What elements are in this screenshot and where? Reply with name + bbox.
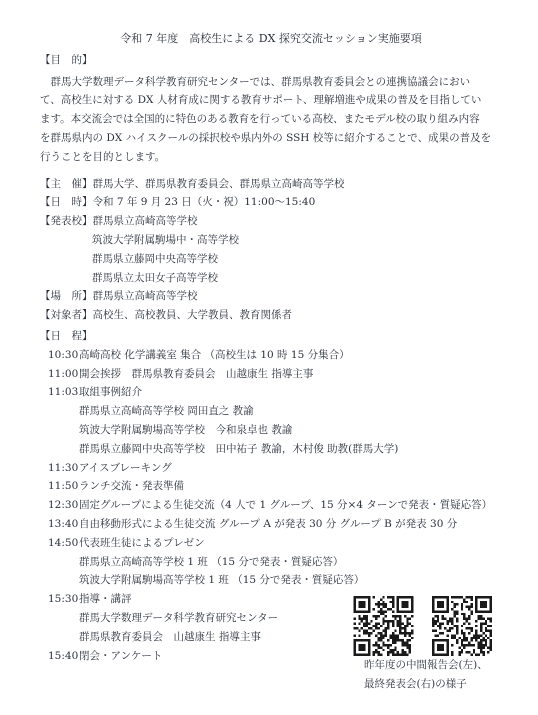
info-item: 【発表校】群馬県立高崎高等学校 筑波大学附属駒場中・高等学校群馬県立藤岡中央高等… xyxy=(40,212,502,287)
schedule-time: 14:50 xyxy=(48,534,79,553)
schedule-subline: 群馬県立高崎高等学校 1 班 （15 分で発表・質疑応答） xyxy=(79,553,502,572)
schedule-activity: アイスブレーキング xyxy=(79,462,172,474)
info-item: 【場 所】群馬県立高崎高等学校 xyxy=(40,287,502,306)
schedule-item: 11:30アイスブレーキング xyxy=(40,459,502,478)
info-row: 【日 時】令和 7 年 9 月 23 日（火・祝）11:00～15:40 xyxy=(40,193,502,212)
schedule-activity: ランチ交流・発表準備 xyxy=(79,480,184,492)
schedule-subline: 筑波大学附属駒場高等学校 1 班 （15 分で発表・質疑応答） xyxy=(79,571,502,590)
qr-caption: 昨年度の中間報告会(左)、 最終発表会(右)の様子 xyxy=(364,656,488,694)
info-text: 高校生、高校教員、大学教員、教育関係者 xyxy=(93,309,293,321)
schedule-activity: 固定グループによる生徒交流（4 人で 1 グループ、15 分×4 ターンで発表・… xyxy=(79,499,492,511)
schedule-heading: 【日 程】 xyxy=(40,327,502,346)
paragraph-line: を群馬県内の DX ハイスクールの採択校や県内外の SSH 校等に紹介することで… xyxy=(40,129,502,148)
schedule-time: 10:30 xyxy=(48,346,79,365)
schedule-time: 11:50 xyxy=(48,477,79,496)
paragraph-line: 群馬大学数理データ科学教育研究センターでは、群馬県教育委員会との連携協議会におい xyxy=(40,73,502,92)
info-text: 群馬県立高崎高等学校 xyxy=(93,215,198,227)
schedule-row: 13:40自由移動形式による生徒交流 グループ A が発表 30 分 グループ … xyxy=(48,515,502,534)
schedule-activity: 閉会・アンケート xyxy=(79,650,162,662)
schedule-time: 11:30 xyxy=(48,459,79,478)
schedule-subline: 群馬県立藤岡中央高等学校 田中祐子 教諭，木村俊 助教(群馬大学) xyxy=(79,440,502,459)
paragraph-line: て、高校生に対する DX 人材育成に関する教育サポート、理解増進や成果の普及を目… xyxy=(40,91,502,110)
info-row: 【場 所】群馬県立高崎高等学校 xyxy=(40,287,502,306)
purpose-heading: 【目 的】 xyxy=(40,51,502,70)
info-item: 【日 時】令和 7 年 9 月 23 日（火・祝）11:00～15:40 xyxy=(40,193,502,212)
paragraph-line: ます。本交流会では全国的に特色のある教育を行っている高校、またモデル校の取り組み… xyxy=(40,110,502,129)
schedule-activity: 指導・講評 xyxy=(79,593,132,605)
schedule-item: 14:50代表班生徒によるプレゼン 群馬県立高崎高等学校 1 班 （15 分で発… xyxy=(40,534,502,590)
schedule-item: 11:50ランチ交流・発表準備 xyxy=(40,477,502,496)
schedule-activity: 開会挨拶 群馬県教育委員会 山越康生 指導主事 xyxy=(79,368,313,380)
info-row: 【主 催】群馬大学、群馬県教育委員会、群馬県立高崎高等学校 xyxy=(40,175,502,194)
qr-code-right xyxy=(431,596,493,656)
schedule-activity: 代表班生徒によるプレゼン xyxy=(79,537,205,549)
schedule-item: 13:40自由移動形式による生徒交流 グループ A が発表 30 分 グループ … xyxy=(40,515,502,534)
info-subline: 群馬県立太田女子高等学校 xyxy=(92,269,502,288)
info-label: 【主 催】 xyxy=(40,178,93,190)
schedule-time: 11:03 xyxy=(48,383,79,402)
document-title: 令和 7 年度 高校生による DX 探究交流セッション実施要項 xyxy=(40,30,502,49)
schedule-activity: 高崎高校 化学講義室 集合 （高校生は 10 時 15 分集合） xyxy=(79,349,350,361)
schedule-row: 14:50代表班生徒によるプレゼン xyxy=(48,534,502,553)
info-row: 【発表校】群馬県立高崎高等学校 xyxy=(40,212,502,231)
info-row: 【対象者】高校生、高校教員、大学教員、教育関係者 xyxy=(40,306,502,325)
schedule-row: 11:30アイスブレーキング xyxy=(48,459,502,478)
schedule-activity: 取組事例紹介 xyxy=(79,386,142,398)
info-text: 令和 7 年 9 月 23 日（火・祝）11:00～15:40 xyxy=(93,196,316,208)
schedule-activity: 自由移動形式による生徒交流 グループ A が発表 30 分 グループ B が発表… xyxy=(79,518,457,530)
schedule-time: 11:00 xyxy=(48,365,79,384)
info-label: 【日 時】 xyxy=(40,196,93,208)
info-label: 【場 所】 xyxy=(40,290,93,302)
schedule-time: 13:40 xyxy=(48,515,79,534)
schedule-item: 11:00開会挨拶 群馬県教育委員会 山越康生 指導主事 xyxy=(40,365,502,384)
info-list: 【主 催】群馬大学、群馬県教育委員会、群馬県立高崎高等学校 【日 時】令和 7 … xyxy=(40,175,502,325)
info-item: 【主 催】群馬大学、群馬県教育委員会、群馬県立高崎高等学校 xyxy=(40,175,502,194)
qr-code-left xyxy=(353,596,414,656)
document-page: 令和 7 年度 高校生による DX 探究交流セッション実施要項 【目 的】 群馬… xyxy=(0,0,538,715)
paragraph-line: 行うことを目的とします。 xyxy=(40,148,502,167)
info-text: 群馬県立高崎高等学校 xyxy=(93,290,198,302)
schedule-item: 12:30固定グループによる生徒交流（4 人で 1 グループ、15 分×4 ター… xyxy=(40,496,502,515)
info-subline: 筑波大学附属駒場中・高等学校 xyxy=(92,231,502,250)
document-content: 令和 7 年度 高校生による DX 探究交流セッション実施要項 【目 的】 群馬… xyxy=(0,0,538,665)
schedule-subline: 筑波大学附属駒場高等学校 今和泉卓也 教諭 xyxy=(79,421,502,440)
schedule-row: 11:50ランチ交流・発表準備 xyxy=(48,477,502,496)
qr-caption-line: 最終発表会(右)の様子 xyxy=(364,675,488,694)
schedule-row: 10:30高崎高校 化学講義室 集合 （高校生は 10 時 15 分集合） xyxy=(48,346,502,365)
purpose-paragraph: 群馬大学数理データ科学教育研究センターでは、群馬県教育委員会との連携協議会におい… xyxy=(40,73,502,167)
qr-caption-line: 昨年度の中間報告会(左)、 xyxy=(364,656,488,675)
schedule-row: 12:30固定グループによる生徒交流（4 人で 1 グループ、15 分×4 ター… xyxy=(48,496,502,515)
info-text: 群馬大学、群馬県教育委員会、群馬県立高崎高等学校 xyxy=(93,178,345,190)
schedule-time: 12:30 xyxy=(48,496,79,515)
info-item: 【対象者】高校生、高校教員、大学教員、教育関係者 xyxy=(40,306,502,325)
info-label: 【発表校】 xyxy=(40,215,93,227)
schedule-row: 11:03取組事例紹介 xyxy=(48,383,502,402)
schedule-time: 15:30 xyxy=(48,590,79,609)
schedule-item: 10:30高崎高校 化学講義室 集合 （高校生は 10 時 15 分集合） xyxy=(40,346,502,365)
info-label: 【対象者】 xyxy=(40,309,93,321)
schedule-row: 11:00開会挨拶 群馬県教育委員会 山越康生 指導主事 xyxy=(48,365,502,384)
info-subline: 群馬県立藤岡中央高等学校 xyxy=(92,250,502,269)
schedule-time: 15:40 xyxy=(48,647,79,666)
schedule-subline: 群馬県立高崎高等学校 岡田直之 教諭 xyxy=(79,402,502,421)
schedule-item: 11:03取組事例紹介 群馬県立高崎高等学校 岡田直之 教諭筑波大学附属駒場高等… xyxy=(40,383,502,458)
